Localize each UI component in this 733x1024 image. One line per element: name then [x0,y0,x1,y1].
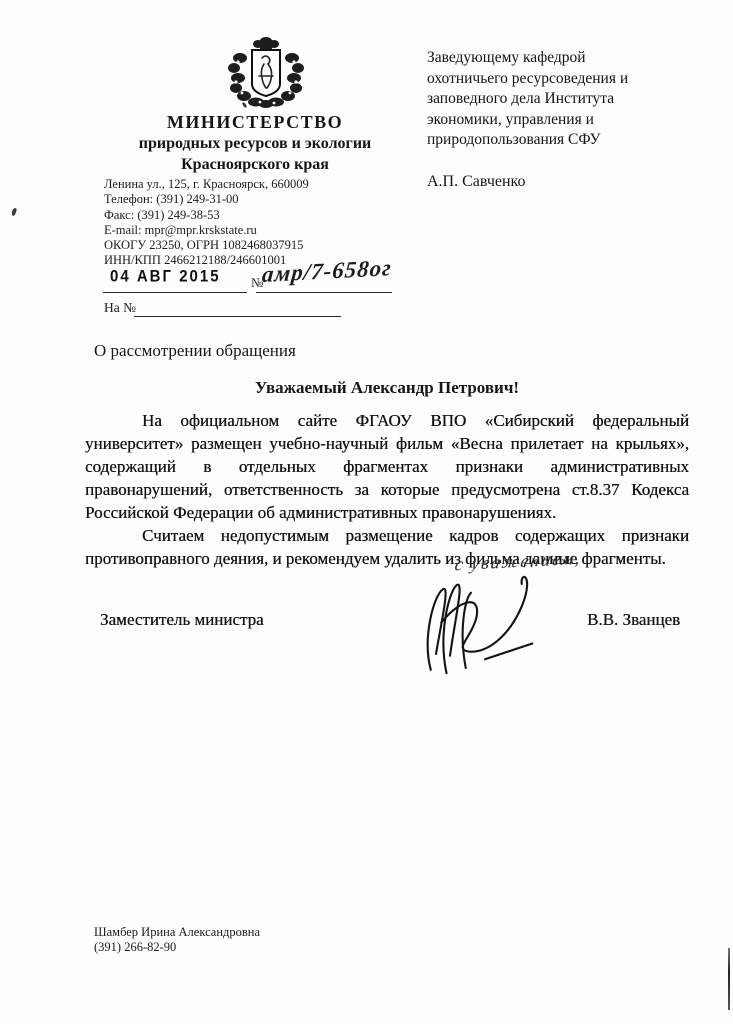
signature-icon [405,570,565,675]
executor-phone: (391) 266-82-90 [94,940,260,955]
scan-edge-mark [728,948,730,1010]
addressee-line: заповедного дела Института [427,89,689,110]
letter-body: На официальном сайте ФГАОУ ВПО «Сибирски… [85,409,689,570]
reply-to-label: На № [104,300,136,316]
executor-name: Шамбер Ирина Александровна [94,925,260,940]
signer-name: В.В. Званцев [587,610,680,630]
scan-speck [11,208,17,217]
executor-block: Шамбер Ирина Александровна (391) 266-82-… [94,925,260,955]
phone-line: Телефон: (391) 249-31-00 [104,192,384,207]
addressee-line: экономики, управления и [427,110,689,131]
body-paragraph-2: Считаем недопустимым размещение кадров с… [85,524,689,570]
address-line: Ленина ул., 125, г. Красноярск, 660009 [104,177,384,192]
addressee-line: охотничьего ресурсоведения и [427,69,689,90]
body-paragraph-1: На официальном сайте ФГАОУ ВПО «Сибирски… [85,409,689,524]
reply-to-underline [134,316,341,317]
subject-line: О рассмотрении обращения [94,341,296,361]
salutation: Уважаемый Александр Петрович! [85,378,689,398]
date-underline [103,292,247,293]
addressee-line: Заведующему кафедрой [427,48,689,69]
signer-position: Заместитель министра [100,610,264,630]
okogu-ogrn-line: ОКОГУ 23250, ОГРН 1082468037915 [104,238,384,253]
number-underline [256,292,392,293]
letter-page: МИНИСТЕРСТВО природных ресурсов и эколог… [0,0,733,1024]
email-line: E-mail: mpr@mpr.krskstate.ru [104,223,384,238]
addressee-block: Заведующему кафедрой охотничьего ресурсо… [427,48,689,151]
fax-line: Факс: (391) 249-38-53 [104,208,384,223]
coat-of-arms-icon [218,36,314,108]
addressee-line: природопользования СФУ [427,130,689,151]
ministry-name-line: Красноярского края [85,154,425,175]
date-stamp: 04 АВГ 2015 [110,267,221,285]
addressee-name: А.П. Савченко [427,173,526,191]
ministry-name-line: МИНИСТЕРСТВО [85,112,425,133]
contact-block: Ленина ул., 125, г. Красноярск, 660009 Т… [104,177,384,269]
ministry-name-line: природных ресурсов и экологии [85,133,425,154]
ministry-name: МИНИСТЕРСТВО природных ресурсов и эколог… [85,112,425,175]
